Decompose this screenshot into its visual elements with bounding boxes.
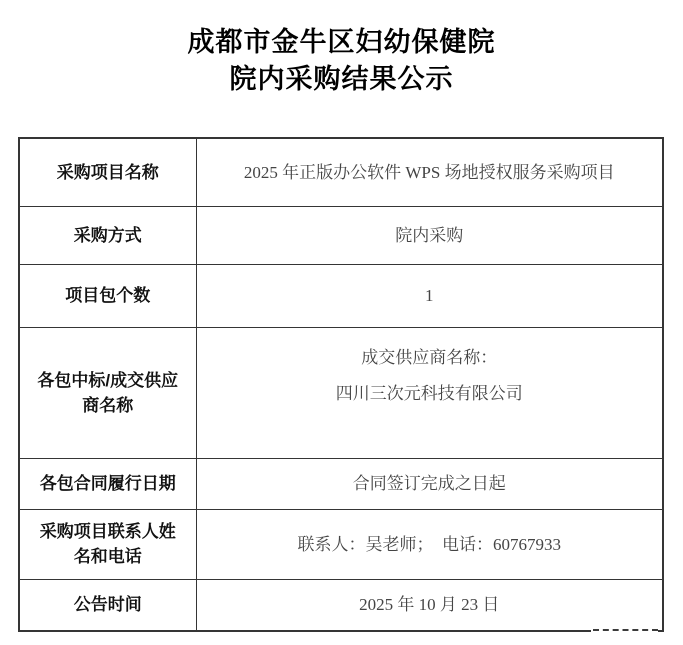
table-row-contract-date: 各包合同履行日期 合同签订完成之日起	[19, 458, 663, 509]
page-title-line2: 院内采购结果公示	[230, 64, 454, 94]
winning-supplier-heading: 成交供应商名称：	[207, 340, 653, 376]
table-row-winning-supplier: 各包中标/成交供应商名称 成交供应商名称： 四川三次元科技有限公司	[19, 327, 663, 458]
procurement-result-table: 采购项目名称 2025 年正版办公软件 WPS 场地授权服务采购项目 采购方式 …	[18, 137, 664, 632]
row-label-package-count: 项目包个数	[19, 264, 196, 327]
row-value-contact: 联系人：吴老师； 电话：60767933	[196, 509, 663, 579]
table-row-project-name: 采购项目名称 2025 年正版办公软件 WPS 场地授权服务采购项目	[19, 138, 663, 206]
row-value-package-count: 1	[196, 264, 663, 327]
row-label-announcement-time: 公告时间	[19, 579, 196, 631]
table-row-package-count: 项目包个数 1	[19, 264, 663, 327]
row-value-contract-date: 合同签订完成之日起	[196, 458, 663, 509]
table-row-procurement-method: 采购方式 院内采购	[19, 206, 663, 264]
row-label-project-name: 采购项目名称	[19, 138, 196, 206]
row-value-announcement-time: 2025 年 10 月 23 日	[196, 579, 663, 631]
page-title: 成都市金牛区妇幼保健院 院内采购结果公示	[0, 24, 683, 98]
row-label-contact: 采购项目联系人姓名和电话	[19, 509, 196, 579]
row-value-procurement-method: 院内采购	[196, 206, 663, 264]
bottom-border-dashed-segment	[593, 629, 658, 631]
row-label-contract-date: 各包合同履行日期	[19, 458, 196, 509]
row-label-winning-supplier: 各包中标/成交供应商名称	[19, 327, 196, 458]
winning-supplier-name: 四川三次元科技有限公司	[207, 376, 653, 412]
row-label-procurement-method: 采购方式	[19, 206, 196, 264]
table-row-contact: 采购项目联系人姓名和电话 联系人：吴老师； 电话：60767933	[19, 509, 663, 579]
row-value-project-name: 2025 年正版办公软件 WPS 场地授权服务采购项目	[196, 138, 663, 206]
row-value-winning-supplier: 成交供应商名称： 四川三次元科技有限公司	[196, 327, 663, 458]
table-row-announcement-time: 公告时间 2025 年 10 月 23 日	[19, 579, 663, 631]
page-title-line1: 成都市金牛区妇幼保健院	[188, 27, 496, 57]
